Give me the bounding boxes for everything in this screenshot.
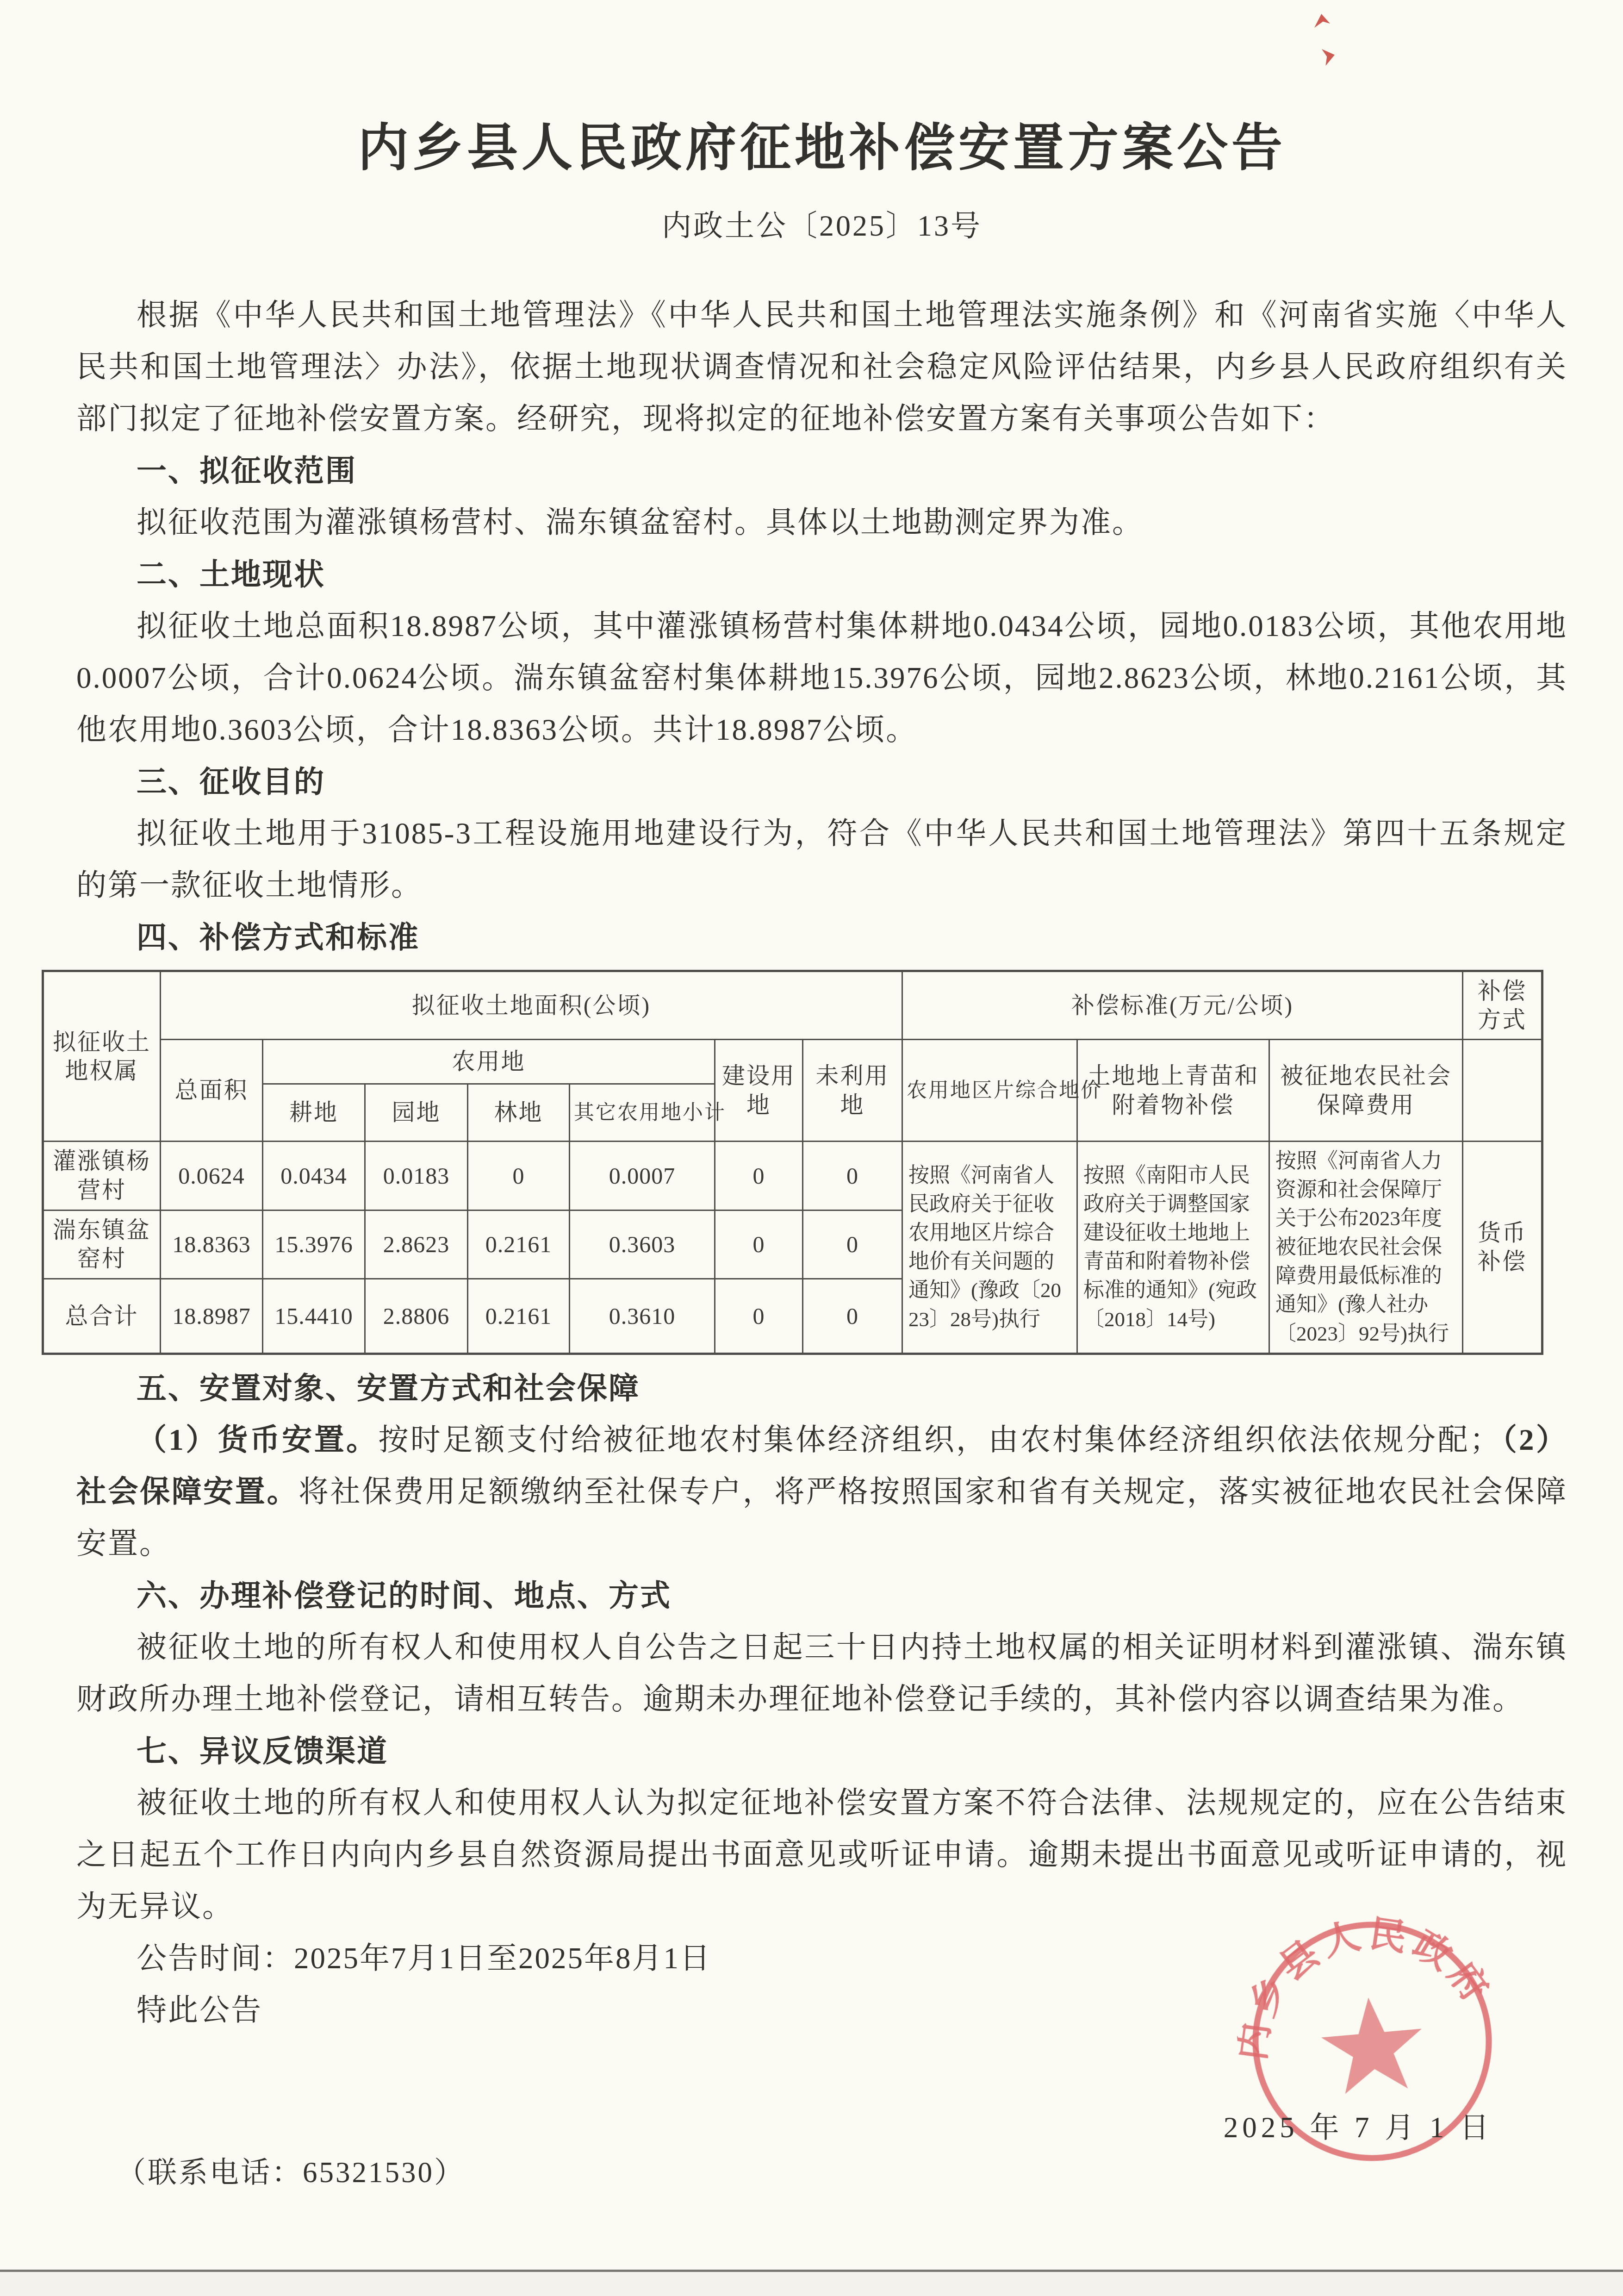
cell-construction: 0: [715, 1210, 803, 1279]
section-5-heading: 五、安置对象、安置方式和社会保障: [76, 1362, 1567, 1414]
col-group-land-area: 拟征收土地面积(公顷): [161, 971, 902, 1040]
section-6-paragraph: 被征收土地的所有权人和使用权人自公告之日起三十日内持土地权属的相关证明材料到灌涨…: [76, 1622, 1567, 1725]
table-header-row-2: 总面积 农用地 建设用地 未利用地 农用地区片综合地价 土地地上青苗和附着物补偿…: [43, 1040, 1542, 1084]
cell-other: 0.0007: [570, 1142, 715, 1210]
col-header-seedling-compensation: 土地地上青苗和附着物补偿: [1077, 1040, 1269, 1142]
note-seedling-compensation: 按照《南阳市人民政府关于调整国家建设征收土地地上青苗和附着物补偿标准的通知》(宛…: [1077, 1142, 1269, 1354]
monetary-settlement-label: （1）货币安置。: [137, 1423, 378, 1457]
document-body: 根据《中华人民共和国土地管理法》《中华人民共和国土地管理法实施条例》和《河南省实…: [76, 289, 1567, 2036]
col-header-construction-land: 建设用地: [715, 1040, 803, 1142]
col-header-garden-land: 园地: [365, 1084, 468, 1142]
section-2-heading: 二、土地现状: [76, 549, 1567, 600]
cell-total: 0.0624: [161, 1142, 263, 1210]
monetary-settlement-text: 按时足额支付给被征地农村集体经济组织，由农村集体经济组织依法依规分配；: [378, 1423, 1501, 1457]
cell-unused: 0: [803, 1142, 902, 1210]
col-header-compensation-method: 补偿方式: [1463, 971, 1542, 1040]
page-title: 内乡县人民政府征地补偿安置方案公告: [76, 113, 1567, 183]
cell-garden: 2.8806: [365, 1279, 468, 1354]
official-seal: 内乡县人民政府: [1226, 1891, 1518, 2191]
cell-garden: 2.8623: [365, 1210, 468, 1279]
scan-edge-strip: [0, 2272, 1623, 2296]
table-row: 灌涨镇杨营村 0.0624 0.0434 0.0183 0 0.0007 0 0…: [43, 1142, 1542, 1210]
row-village-name: 湍东镇盆窑村: [43, 1210, 161, 1279]
section-3-paragraph: 拟征收土地用于31085-3工程设施用地建设行为，符合《中华人民共和国土地管理法…: [76, 808, 1567, 911]
row-total-label: 总合计: [43, 1279, 161, 1354]
cell-farm: 15.4410: [263, 1279, 365, 1354]
contact-phone: （联系电话：65321530）: [117, 2149, 465, 2191]
signature-date: 2025 年 7 月 1 日: [1196, 2104, 1520, 2146]
cell-unused: 0: [803, 1210, 902, 1279]
section-7-heading: 七、异议反馈渠道: [76, 1725, 1567, 1777]
cell-construction: 0: [715, 1279, 803, 1354]
cell-construction: 0: [715, 1142, 803, 1210]
government-seal-icon: 内乡县人民政府: [1226, 1891, 1518, 2191]
col-header-unused-land: 未利用地: [803, 1040, 902, 1142]
col-header-total-area: 总面积: [161, 1040, 263, 1142]
cell-total: 18.8363: [161, 1210, 263, 1279]
cell-garden: 0.0183: [365, 1142, 468, 1210]
cell-compensation-method: 货币补偿: [1463, 1142, 1542, 1354]
cell-farm: 0.0434: [263, 1142, 365, 1210]
col-header-land-owner: 拟征收土地权属: [43, 971, 161, 1142]
cell-unused: 0: [803, 1279, 902, 1354]
cell-farm: 15.3976: [263, 1210, 365, 1279]
section-2-paragraph: 拟征收土地总面积18.8987公顷，其中灌涨镇杨营村集体耕地0.0434公顷，园…: [76, 600, 1567, 756]
cell-forest: 0.2161: [468, 1279, 570, 1354]
cell-other: 0.3610: [570, 1279, 715, 1354]
cell-forest: 0: [468, 1142, 570, 1210]
section-5-paragraph: （1）货币安置。按时足额支付给被征地农村集体经济组织，由农村集体经济组织依法依规…: [76, 1414, 1567, 1570]
col-header-comprehensive-land-price: 农用地区片综合地价: [902, 1040, 1077, 1142]
note-comprehensive-land-price: 按照《河南省人民政府关于征收农用地区片综合地价有关问题的通知》(豫政〔2023〕…: [902, 1142, 1077, 1354]
section-3-heading: 三、征收目的: [76, 756, 1567, 808]
section-6-heading: 六、办理补偿登记的时间、地点、方式: [76, 1570, 1567, 1622]
section-4-heading: 四、补偿方式和标准: [76, 911, 1567, 963]
empty-header-cell: [1463, 1040, 1542, 1142]
col-group-agricultural-land: 农用地: [263, 1040, 715, 1084]
cell-forest: 0.2161: [468, 1210, 570, 1279]
cell-total: 18.8987: [161, 1279, 263, 1354]
compensation-table: 拟征收土地权属 拟征收土地面积(公顷) 补偿标准(万元/公顷) 补偿方式 总面积…: [42, 970, 1543, 1355]
col-group-compensation-standard: 补偿标准(万元/公顷): [902, 971, 1463, 1040]
cell-other: 0.3603: [570, 1210, 715, 1279]
col-header-other-agri-subtotal: 其它农用地小计: [570, 1084, 715, 1142]
note-social-security-fee: 按照《河南省人力资源和社会保障厅关于公布2023年度被征地农民社会保障费用最低标…: [1269, 1142, 1463, 1354]
social-security-settlement-text: 将社保费用足额缴纳至社保专户，将严格按照国家和省有关规定，落实被征地农民社会保障…: [76, 1475, 1567, 1560]
section-1-heading: 一、拟征收范围: [76, 445, 1567, 497]
seal-star-icon: [1318, 1993, 1427, 2096]
document-number: 内政土公〔2025〕13号: [76, 200, 1567, 251]
col-header-social-security-fee: 被征地农民社会保障费用: [1269, 1040, 1463, 1142]
col-header-cultivated-land: 耕地: [263, 1084, 365, 1142]
intro-paragraph: 根据《中华人民共和国土地管理法》《中华人民共和国土地管理法实施条例》和《河南省实…: [76, 289, 1567, 445]
row-village-name: 灌涨镇杨营村: [43, 1142, 161, 1210]
table-header-row-1: 拟征收土地权属 拟征收土地面积(公顷) 补偿标准(万元/公顷) 补偿方式: [43, 971, 1542, 1040]
col-header-forest-land: 林地: [468, 1084, 570, 1142]
section-1-paragraph: 拟征收范围为灌涨镇杨营村、湍东镇盆窑村。具体以土地勘测定界为准。: [76, 497, 1567, 549]
